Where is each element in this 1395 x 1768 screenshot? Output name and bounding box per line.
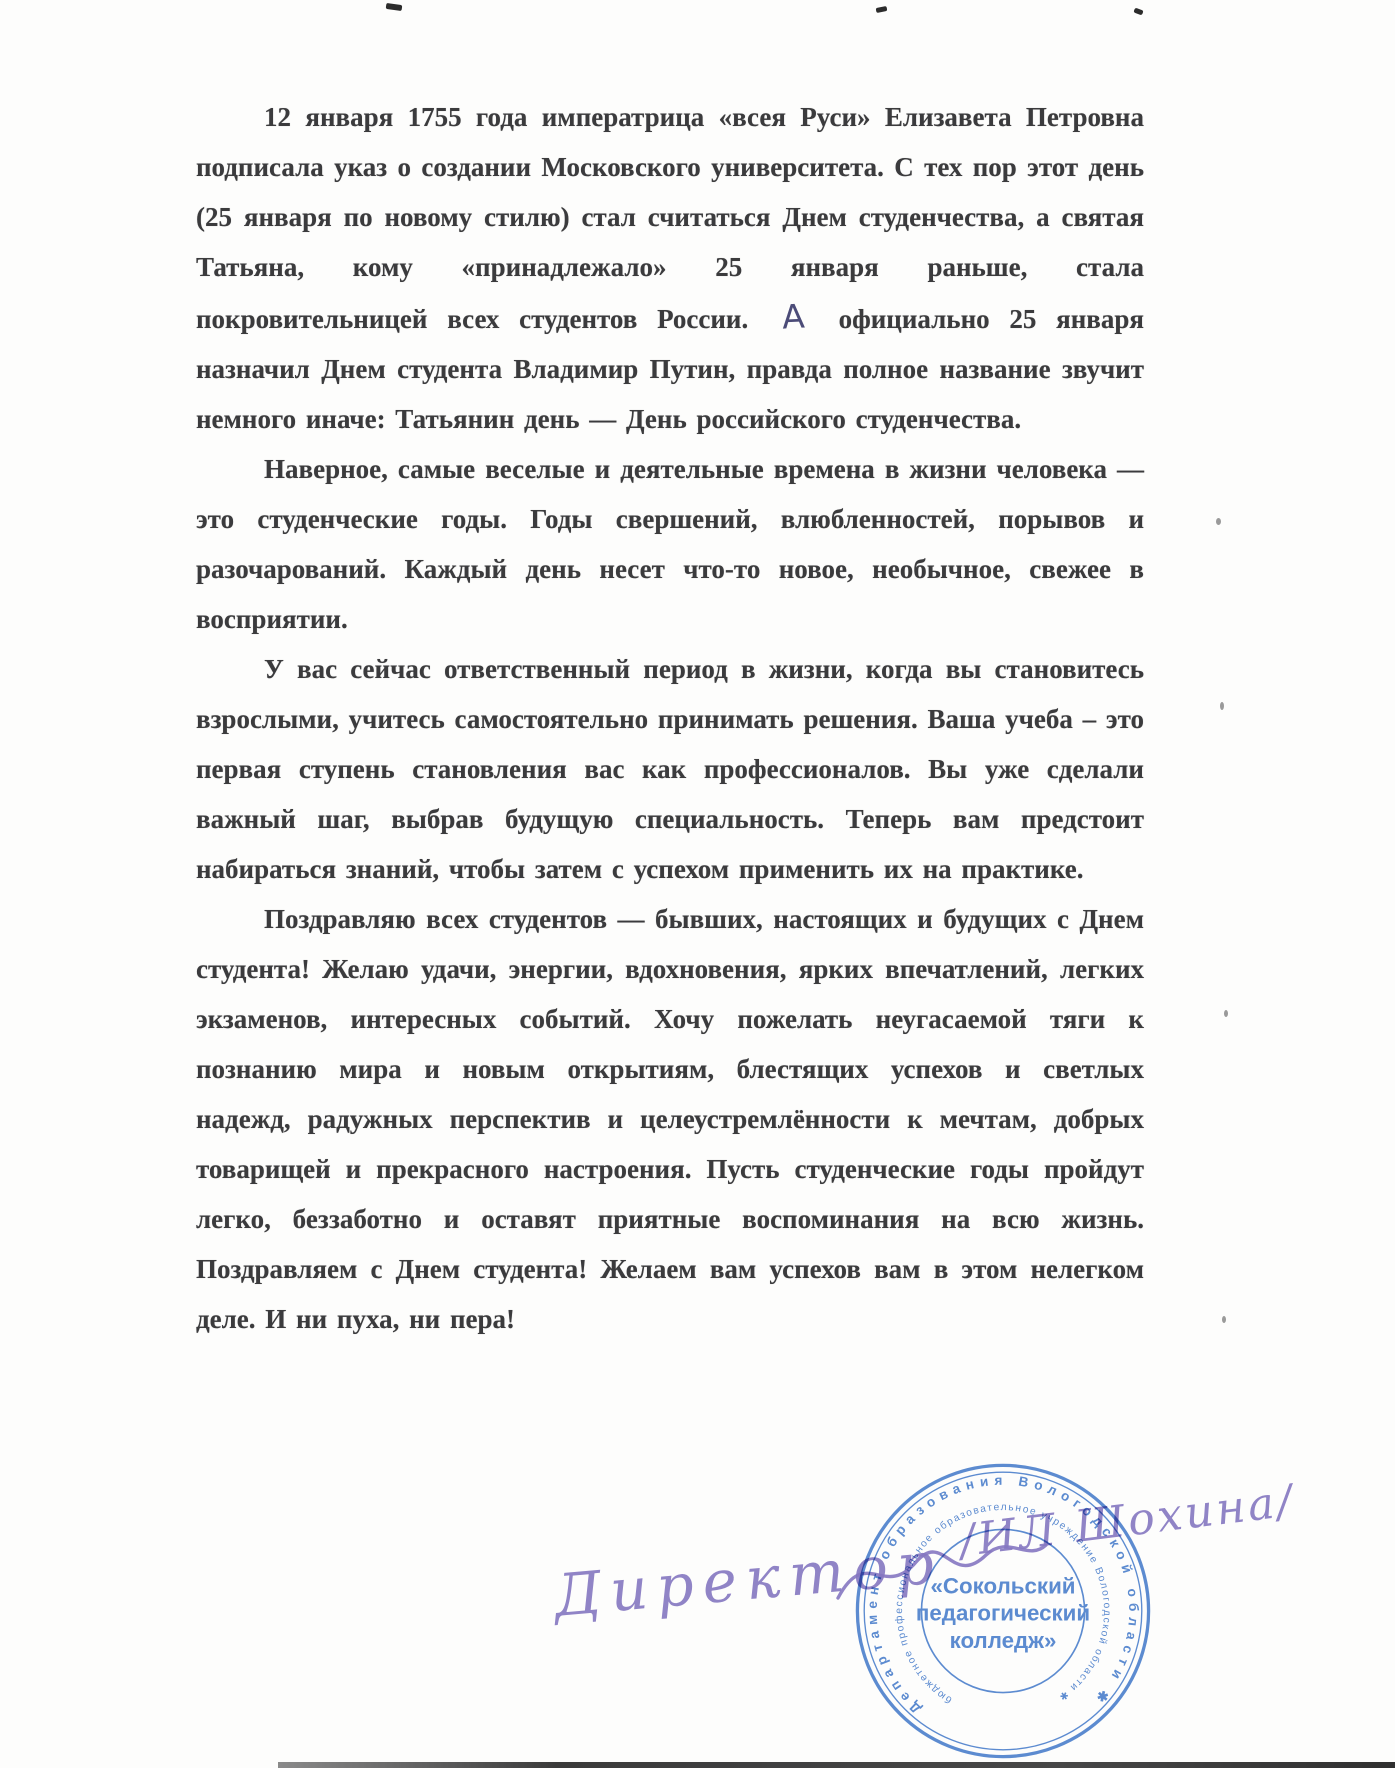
signature-name-handwritten: /ИЛ Шохина/ [953, 1475, 1299, 1567]
scanned-letter-page: 12 января 1755 года императрица «всея Ру… [0, 0, 1395, 1768]
scan-artifact [1216, 518, 1221, 525]
scan-artifact [1220, 702, 1224, 710]
scan-bottom-edge [278, 1762, 1395, 1768]
scan-artifact [1222, 1316, 1226, 1323]
scan-artifact [1224, 1010, 1228, 1017]
signature-title-handwritten: Директор [548, 1528, 945, 1630]
signature-block: Директор /ИЛ Шохина/ [0, 0, 1395, 1768]
